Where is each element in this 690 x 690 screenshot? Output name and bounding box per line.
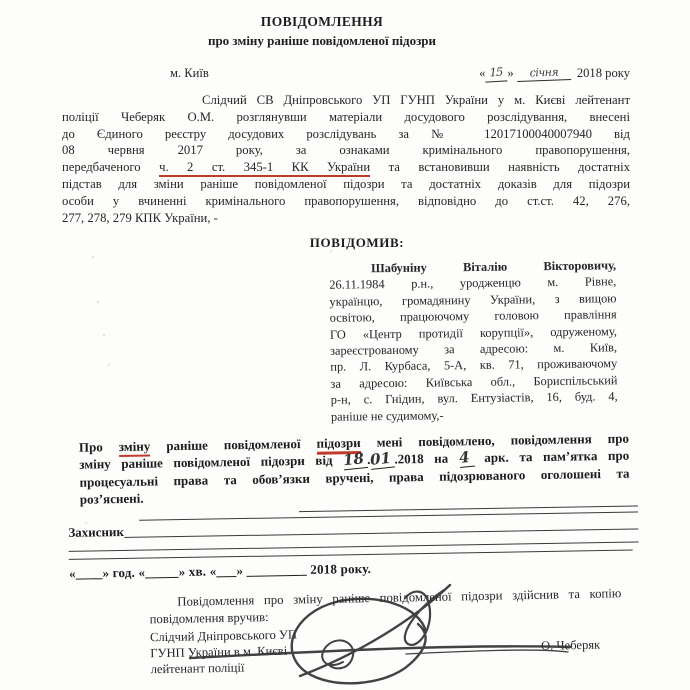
intro-paragraph: Слідчий СВ Дніпровського УП ГУНП України…	[62, 92, 630, 226]
ack-text: раніше повідомленої	[166, 436, 300, 453]
intro-line-law: передбаченого ч. 2 ст. 345-1 КК України …	[62, 159, 630, 176]
document-header: ПОВІДОМЛЕННЯ про зміну раніше повідомлен…	[38, 14, 606, 49]
intro-line: поліції Чеберяк О.М. розглянувши матеріа…	[62, 109, 630, 126]
document-content: ПОВІДОМЛЕННЯ про зміну раніше повідомлен…	[0, 0, 690, 690]
year-label: 2018 року	[574, 66, 630, 81]
law-line-pre: передбаченого	[62, 160, 159, 174]
addressee-block: Шабуніну Віталію Вікторовичу, 26.11.1984…	[329, 258, 618, 426]
acknowledgement-section: Про зміну раніше повідомленої підозри ме…	[61, 430, 631, 582]
date-line: «15»січня 2018 року	[479, 66, 630, 81]
ack-paragraph: Про зміну раніше повідомленої підозри ме…	[79, 430, 630, 509]
intro-line: підстав для зміни раніше повідомленої пі…	[62, 176, 630, 193]
investigator-name: О. Чеберяк	[541, 637, 601, 654]
doc-title: ПОВІДОМЛЕННЯ	[38, 14, 606, 30]
city-date-row: м. Київ «15»січня 2018 року	[62, 66, 630, 81]
quote-close: »	[507, 66, 513, 81]
investigator-title-line: лейтенант поліції	[150, 659, 297, 678]
ack-text: Про	[79, 440, 103, 455]
intro-line: Слідчий СВ Дніпровського УП ГУНП України…	[62, 92, 630, 109]
doc-subtitle: про зміну раніше повідомленої підозри	[38, 33, 606, 49]
city-label: м. Київ	[170, 66, 209, 81]
handwritten-month-number: 01	[370, 451, 396, 470]
investigator-title-line: ГУНП України в м. Києві	[150, 643, 297, 662]
closing-section: Повідомлення про зміну раніше повідомлен…	[61, 585, 631, 679]
law-article-red-underline: ч. 2 ст. 345-1 КК України	[159, 160, 370, 177]
time-date-blank-line: «____» год. «_____» хв. «___» _________ …	[69, 557, 631, 582]
ack-text: арк. та пам’ятка про	[484, 448, 629, 465]
handwritten-month: січня	[516, 66, 570, 82]
signoff-row: Слідчий Дніпровського УП ГУНП України в …	[62, 620, 631, 680]
handwritten-sheet-count: 4	[458, 450, 475, 468]
intro-line: особи у вчиненні кримінального правопору…	[62, 193, 630, 210]
handwritten-day-number: 18	[342, 452, 368, 471]
investigator-title-block: Слідчий Дніпровського УП ГУНП України в …	[150, 627, 298, 678]
addressee-line: раніше не судимому,-	[331, 405, 618, 425]
law-line-post: та встановивши наявність достатніх	[370, 160, 630, 174]
handwritten-day: 15	[485, 66, 508, 82]
intro-line: 277, 278, 279 КПК України, -	[62, 210, 630, 227]
defender-label: Захисник	[68, 523, 124, 541]
intro-line: 08 червня 2017 року, за ознаками криміна…	[62, 142, 630, 159]
notified-heading: ПОВІДОМИВ:	[73, 235, 641, 251]
intro-line: до Єдиного реєстру досудових розслідуван…	[62, 126, 630, 143]
scanned-document-page: ПОВІДОМЛЕННЯ про зміну раніше повідомлен…	[0, 0, 690, 690]
ack-text: .2018 на	[394, 451, 448, 467]
